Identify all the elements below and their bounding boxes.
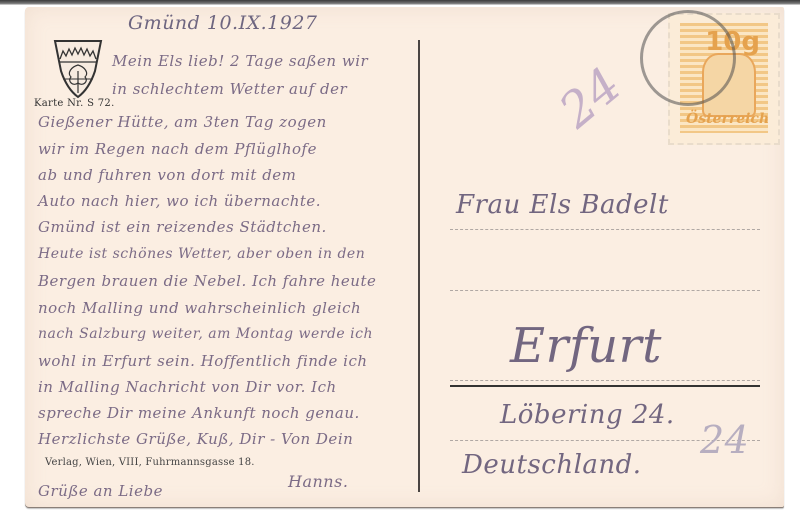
- message-line: Heute ist schönes Wetter, aber oben in d…: [38, 246, 365, 262]
- address-city: Erfurt: [510, 318, 662, 374]
- address-rule: [450, 380, 760, 381]
- message-line: Gmünd ist ein reizendes Städtchen.: [38, 218, 327, 236]
- postmark-icon: [640, 10, 736, 106]
- stamp-country: Österreich: [686, 111, 769, 127]
- message-line: wohl in Erfurt sein. Hoffentlich finde i…: [38, 352, 368, 370]
- message-line: spreche Dir meine Ankunft noch genau.: [38, 404, 360, 422]
- address-rule: [450, 290, 760, 291]
- scan-top-edge: [0, 0, 800, 5]
- pencil-note-bottom: 24: [700, 418, 749, 462]
- message-line: noch Malling und wahrscheinlich gleich: [38, 299, 361, 317]
- message-line: in schlechtem Wetter auf der: [112, 80, 347, 98]
- address-rule: [450, 229, 760, 230]
- message-line: Mein Els lieb! 2 Tage saßen wir: [112, 52, 368, 70]
- address-recipient: Frau Els Badelt: [456, 190, 669, 220]
- message-line: Auto nach hier, wo ich übernachte.: [38, 192, 321, 210]
- message-line: wir im Regen nach dem Pflüglhofe: [38, 140, 317, 158]
- message-line: nach Salzburg weiter, am Montag werde ic…: [38, 326, 373, 342]
- coat-of-arms-icon: [53, 37, 103, 99]
- address-city-underline: [450, 385, 760, 387]
- message-line: Grüße an Liebe: [38, 482, 163, 500]
- message-signature: Hanns.: [288, 472, 348, 491]
- message-date: Gmünd 10.IX.1927: [128, 12, 318, 34]
- message-line: ab und fuhren von dort mit dem: [38, 166, 296, 184]
- card-number: Karte Nr. S 72.: [34, 98, 115, 109]
- message-line: in Malling Nachricht von Dir vor. Ich: [38, 378, 337, 396]
- message-line: Gießener Hütte, am 3ten Tag zogen: [38, 113, 327, 131]
- publisher-imprint: Verlag, Wien, VIII, Fuhrmannsgasse 18.: [45, 457, 255, 468]
- message-line: Herzlichste Grüße, Kuß, Dir - Von Dein: [38, 430, 353, 448]
- address-street: Löbering 24.: [500, 400, 675, 430]
- address-country: Deutschland.: [462, 450, 642, 480]
- message-line: Bergen brauen die Nebel. Ich fahre heute: [38, 272, 376, 290]
- card-divider: [418, 40, 420, 492]
